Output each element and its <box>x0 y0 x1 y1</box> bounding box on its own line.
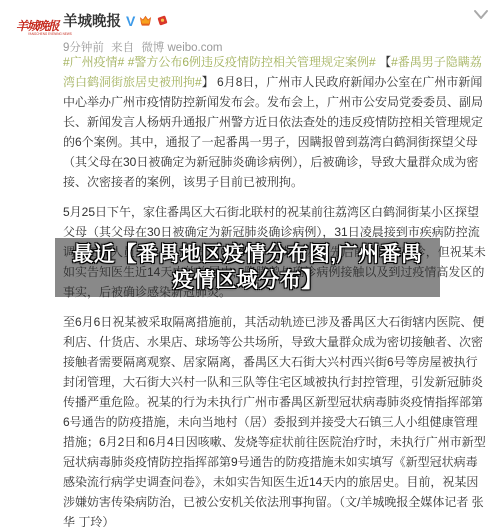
crown-badge-icon <box>139 14 152 27</box>
chevron-down-icon[interactable] <box>472 8 490 22</box>
paragraph-1: #广州疫情# #警方公布6例违反疫情防控相关管理规定案例# 【#番禺男子隐瞒荔湾… <box>63 52 487 192</box>
paragraph-1-text: 6月8日，广州市人民政府新闻办公室在广州市新闻中心举办广州市疫情防控新闻发布会。… <box>63 75 483 189</box>
avatar[interactable]: 羊城晚报 YANGCHENG EVENING NEWS <box>13 17 61 41</box>
verified-v-icon: V <box>126 13 135 29</box>
hashtag-link[interactable]: #警方公布6例违反疫情防控相关管理规定案例# <box>128 55 376 69</box>
paragraph-3: 至6月6日祝某被采取隔离措施前，其活动轨迹已涉及番禺区大石街辖内医院、便利店、什… <box>63 312 487 527</box>
bracket-close: 】 <box>202 75 214 89</box>
bracket-open: 【 <box>379 55 391 69</box>
publisher-logo-subtext: YANGCHENG EVENING NEWS <box>28 32 46 36</box>
hashtag-link[interactable]: #广州疫情# <box>63 55 124 69</box>
post-header: 羊城晚报 V 9分钟前 来自 微博 weibo.com <box>63 10 460 55</box>
overlay-title-line1: 最近【番禺地区疫情分布图,广州番禺 <box>72 242 422 268</box>
weibo-post: 羊城晚报 YANGCHENG EVENING NEWS 羊城晚报 V 9分钟前 <box>0 0 500 527</box>
overlay-title-banner: 最近【番禺地区疫情分布图,广州番禺 疫情区域分布】 <box>55 238 440 297</box>
overlay-title-line2: 疫情区域分布】 <box>172 268 323 294</box>
seal-badge-icon <box>156 14 169 27</box>
author-name[interactable]: 羊城晚报 <box>63 10 121 31</box>
